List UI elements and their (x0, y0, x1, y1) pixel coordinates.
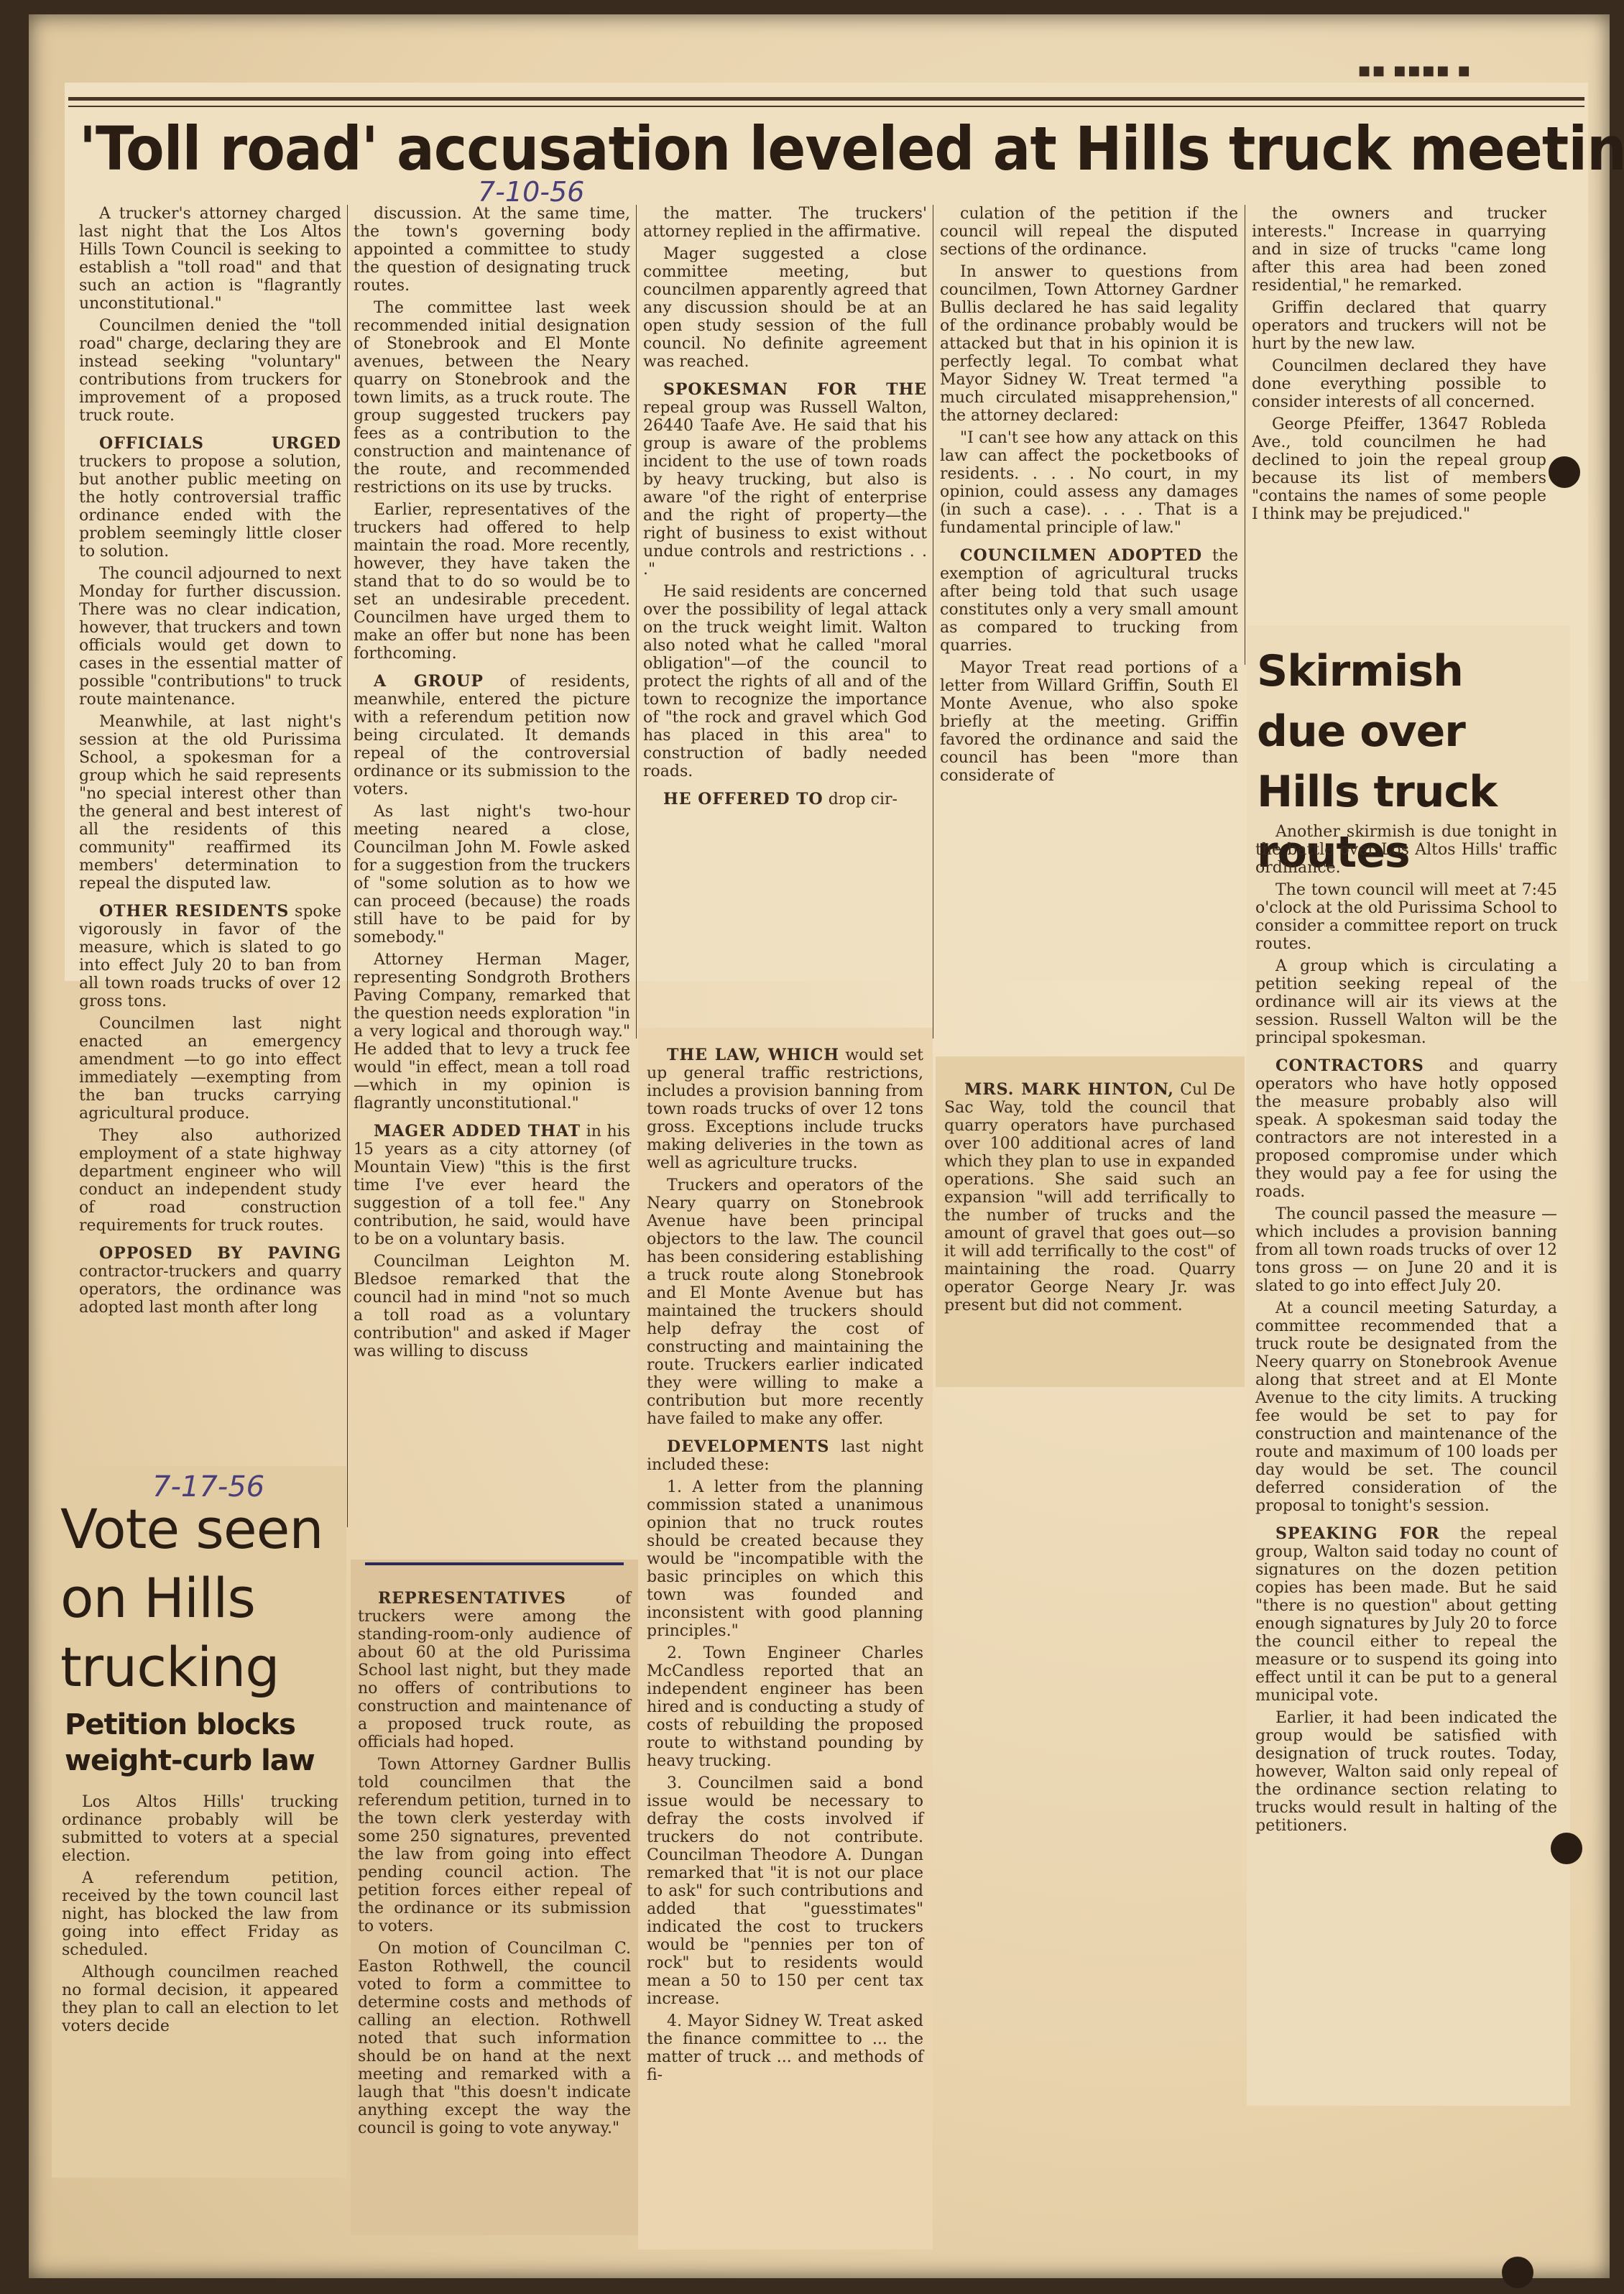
paragraph-text: Earlier, representatives of the truckers… (354, 501, 630, 663)
paragraph-text: "I can't see how any attack on this law … (940, 429, 1238, 537)
paragraph-lead-in: A GROUP (374, 672, 484, 691)
article-paragraph: Truckers and operators of the Neary quar… (647, 1176, 923, 1428)
ink-underline (365, 1562, 624, 1565)
column-divider (636, 205, 637, 1038)
paragraph-lead-in: COUNCILMEN ADOPTED (960, 546, 1202, 565)
article-paragraph: A referendum petition, received by the t… (62, 1869, 338, 1959)
paragraph-text: of truckers were among the standing-room… (358, 1590, 631, 1751)
article-paragraph: He said residents are concerned over the… (643, 583, 927, 780)
article-paragraph: The council passed the measure — which i… (1255, 1205, 1557, 1295)
law-column: THE LAW, WHICH would set up general traf… (647, 1036, 923, 2088)
paragraph-text: the matter. The truckers' attorney repli… (643, 205, 927, 241)
paragraph-lead-in: HE OFFERED TO (663, 790, 823, 809)
paragraph-text: As last night's two-hour meeting neared … (354, 803, 630, 946)
article-paragraph: THE LAW, WHICH would set up general traf… (647, 1046, 923, 1172)
paragraph-text: and quarry operators who have hotly oppo… (1255, 1057, 1557, 1201)
paragraph-text: contractor-truckers and quarry operators… (79, 1263, 341, 1317)
paragraph-text: Meanwhile, at last night's session at th… (79, 713, 341, 893)
vote-column-1: Los Altos Hills' trucking ordinance prob… (62, 1793, 338, 2040)
paragraph-text: At a council meeting Saturday, a committ… (1255, 1299, 1557, 1515)
paragraph-text: The council adjourned to next Monday for… (79, 565, 341, 709)
paragraph-lead-in: REPRESENTATIVES (378, 1589, 566, 1608)
article-paragraph: 2. Town Engineer Charles McCandless repo… (647, 1644, 923, 1770)
main-column-4: culation of the petition if the council … (940, 205, 1238, 789)
binder-hole (1502, 2257, 1533, 2288)
paragraph-text: Mager suggested a close committee meetin… (643, 245, 927, 371)
paragraph-text: Councilmen denied the "toll road" charge… (79, 317, 341, 425)
paragraph-text: Councilmen last night enacted an emergen… (79, 1015, 341, 1123)
article-paragraph: Another skirmish is due tonight in the b… (1255, 823, 1557, 877)
article-paragraph: discussion. At the same time, the town's… (354, 205, 630, 295)
article-paragraph: The town council will meet at 7:45 o'clo… (1255, 881, 1557, 953)
paragraph-text: culation of the petition if the council … (940, 205, 1238, 259)
paragraph-text: in his 15 years as a city attorney (of M… (354, 1123, 630, 1248)
paragraph-lead-in: SPOKESMAN FOR THE (663, 380, 927, 399)
article-paragraph: HE OFFERED TO drop cir- (643, 791, 927, 809)
binder-hole (1549, 456, 1580, 488)
main-column-2: discussion. At the same time, the town's… (354, 205, 630, 1365)
article-paragraph: The committee last week recommended init… (354, 299, 630, 497)
skirmish-clipping: Skirmish due over Hills truck routes Ano… (1247, 625, 1570, 2106)
article-paragraph: OPPOSED BY PAVING contractor-truckers an… (79, 1245, 341, 1317)
paragraph-text: of residents, meanwhile, entered the pic… (354, 673, 630, 798)
article-paragraph: Councilmen last night enacted an emergen… (79, 1015, 341, 1123)
paragraph-text: the repeal group, Walton said today no c… (1255, 1525, 1557, 1705)
paragraph-text: Councilman Leighton M. Bledsoe remarked … (354, 1253, 630, 1360)
article-paragraph: A trucker's attorney charged last night … (79, 205, 341, 313)
column-divider (933, 205, 933, 1038)
paragraph-text: would set up general traffic restriction… (647, 1046, 923, 1172)
article-paragraph: As last night's two-hour meeting neared … (354, 803, 630, 946)
paragraph-text: Cul De Sac Way, told the council that qu… (944, 1081, 1235, 1314)
article-paragraph: the matter. The truckers' attorney repli… (643, 205, 927, 241)
article-paragraph: Earlier, it had been indicated the group… (1255, 1709, 1557, 1835)
article-paragraph: The council adjourned to next Monday for… (79, 565, 341, 709)
article-paragraph: "I can't see how any attack on this law … (940, 429, 1238, 537)
article-paragraph: COUNCILMEN ADOPTED the exemption of agri… (940, 547, 1238, 655)
skirmish-column: Another skirmish is due tonight in the b… (1255, 823, 1557, 1839)
paragraph-text: A group which is circulating a petition … (1255, 957, 1557, 1047)
vote-headline: Vote seen on Hills trucking (60, 1495, 341, 1702)
article-paragraph: At a council meeting Saturday, a committ… (1255, 1299, 1557, 1515)
article-paragraph: Los Altos Hills' trucking ordinance prob… (62, 1793, 338, 1865)
paragraph-lead-in: OPPOSED BY PAVING (99, 1244, 341, 1263)
paragraph-text: The council passed the measure — which i… (1255, 1205, 1557, 1295)
paragraph-text: 2. Town Engineer Charles McCandless repo… (647, 1644, 923, 1770)
paragraph-text: discussion. At the same time, the town's… (354, 205, 630, 295)
article-paragraph: MRS. MARK HINTON, Cul De Sac Way, told t… (944, 1081, 1235, 1314)
paragraph-lead-in: SPEAKING FOR (1275, 1524, 1440, 1543)
paragraph-text: Although councilmen reached no formal de… (62, 1963, 338, 2035)
main-column-5: the owners and trucker interests." Incre… (1252, 205, 1546, 528)
main-headline: 'Toll road' accusation leveled at Hills … (79, 119, 1624, 179)
paragraph-lead-in: THE LAW, WHICH (667, 1046, 839, 1064)
paragraph-text: The town council will meet at 7:45 o'clo… (1255, 881, 1557, 953)
article-paragraph: 4. Mayor Sidney W. Treat asked the finan… (647, 2012, 923, 2084)
paragraph-text: In answer to questions from councilmen, … (940, 263, 1238, 425)
vote-column-2: REPRESENTATIVES of truckers were among t… (358, 1580, 631, 2142)
vote-clipping: 7-17-56 Vote seen on Hills trucking Peti… (52, 1466, 346, 2178)
paragraph-text: Councilmen declared they have done every… (1252, 357, 1546, 411)
paragraph-text: Attorney Herman Mager, representing Sond… (354, 951, 630, 1113)
paragraph-text: Griffin declared that quarry operators a… (1252, 299, 1546, 353)
article-paragraph: MAGER ADDED THAT in his 15 years as a ci… (354, 1123, 630, 1248)
paragraph-lead-in: OTHER RESIDENTS (99, 902, 289, 921)
article-paragraph: On motion of Councilman C. Easton Rothwe… (358, 1940, 631, 2137)
vote-continuation-clipping: REPRESENTATIVES of truckers were among t… (351, 1560, 638, 2235)
paragraph-text: truckers to propose a solution, but anot… (79, 453, 341, 561)
article-paragraph: Earlier, representatives of the truckers… (354, 501, 630, 663)
article-paragraph: the owners and trucker interests." Incre… (1252, 205, 1546, 295)
article-paragraph: DEVELOPMENTS last night included these: (647, 1438, 923, 1474)
article-paragraph: George Pfeiffer, 13647 Robleda Ave., tol… (1252, 415, 1546, 523)
article-paragraph: REPRESENTATIVES of truckers were among t… (358, 1590, 631, 1751)
binder-hole (1551, 1833, 1582, 1864)
paragraph-text: He said residents are concerned over the… (643, 583, 927, 780)
article-paragraph: SPOKESMAN FOR THE repeal group was Russe… (643, 381, 927, 579)
paragraph-text: drop cir- (823, 791, 898, 809)
hinton-column: MRS. MARK HINTON, Cul De Sac Way, told t… (944, 1071, 1235, 1319)
paragraph-text: Los Altos Hills' trucking ordinance prob… (62, 1793, 338, 1865)
paragraph-text: On motion of Councilman C. Easton Rothwe… (358, 1940, 631, 2137)
hinton-clipping: MRS. MARK HINTON, Cul De Sac Way, told t… (936, 1056, 1245, 1387)
article-paragraph: In answer to questions from councilmen, … (940, 263, 1238, 425)
article-paragraph: Councilman Leighton M. Bledsoe remarked … (354, 1253, 630, 1360)
article-paragraph: 3. Councilmen said a bond issue would be… (647, 1774, 923, 2008)
article-paragraph: A group which is circulating a petition … (1255, 957, 1557, 1047)
paragraph-text: Another skirmish is due tonight in the b… (1255, 823, 1557, 877)
article-paragraph: Mager suggested a close committee meetin… (643, 245, 927, 371)
paragraph-text: repeal group was Russell Walton, 26440 T… (643, 399, 927, 579)
main-column-3: the matter. The truckers' attorney repli… (643, 205, 927, 813)
article-paragraph: Although councilmen reached no formal de… (62, 1963, 338, 2035)
paragraph-text: They also authorized employment of a sta… (79, 1127, 341, 1235)
article-paragraph: 1. A letter from the planning commission… (647, 1478, 923, 1640)
article-paragraph: Griffin declared that quarry operators a… (1252, 299, 1546, 353)
paragraph-text: Truckers and operators of the Neary quar… (647, 1176, 923, 1428)
paragraph-text: Earlier, it had been indicated the group… (1255, 1709, 1557, 1835)
vote-subheadline: Petition blocks weight-curb law (65, 1707, 338, 1779)
paragraph-text: George Pfeiffer, 13647 Robleda Ave., tol… (1252, 415, 1546, 523)
paragraph-text: Town Attorney Gardner Bullis told counci… (358, 1756, 631, 1935)
paragraph-lead-in: OFFICIALS URGED (99, 434, 341, 453)
paragraph-text: 4. Mayor Sidney W. Treat asked the finan… (647, 2012, 923, 2084)
paragraph-lead-in: MRS. MARK HINTON, (964, 1080, 1174, 1099)
page-marker: ■■ ■■■■ ■ (1358, 63, 1472, 78)
scrapbook-page: ■■ ■■■■ ■ 'Toll road' accusation leveled… (29, 14, 1610, 2278)
paragraph-lead-in: CONTRACTORS (1275, 1056, 1424, 1075)
article-paragraph: A GROUP of residents, meanwhile, entered… (354, 673, 630, 798)
article-paragraph: Attorney Herman Mager, representing Sond… (354, 951, 630, 1113)
article-paragraph: Councilmen denied the "toll road" charge… (79, 317, 341, 425)
top-rule-thin (68, 106, 1584, 107)
article-paragraph: CONTRACTORS and quarry operators who hav… (1255, 1057, 1557, 1201)
article-paragraph: Councilmen declared they have done every… (1252, 357, 1546, 411)
paragraph-text: A referendum petition, received by the t… (62, 1869, 338, 1959)
paragraph-text: The committee last week recommended init… (354, 299, 630, 497)
article-paragraph: culation of the petition if the council … (940, 205, 1238, 259)
paragraph-text: Mayor Treat read portions of a letter fr… (940, 659, 1238, 785)
article-paragraph: Town Attorney Gardner Bullis told counci… (358, 1756, 631, 1935)
article-paragraph: SPEAKING FOR the repeal group, Walton sa… (1255, 1525, 1557, 1705)
main-column-1: A trucker's attorney charged last night … (79, 205, 341, 1321)
paragraphs: A trucker's attorney charged last night … (79, 205, 341, 1317)
paragraph-lead-in: DEVELOPMENTS (667, 1437, 829, 1456)
law-story-clipping: THE LAW, WHICH would set up general traf… (638, 1028, 933, 2249)
column-divider (1245, 205, 1245, 665)
article-paragraph: OTHER RESIDENTS spoke vigorously in favo… (79, 903, 341, 1010)
paragraph-text: 1. A letter from the planning commission… (647, 1478, 923, 1640)
article-paragraph: They also authorized employment of a sta… (79, 1127, 341, 1235)
article-paragraph: Mayor Treat read portions of a letter fr… (940, 659, 1238, 785)
paragraph-lead-in: MAGER ADDED THAT (374, 1122, 581, 1141)
column-divider (347, 205, 348, 1527)
paragraph-text: A trucker's attorney charged last night … (79, 205, 341, 313)
article-paragraph: Meanwhile, at last night's session at th… (79, 713, 341, 893)
article-paragraph: OFFICIALS URGED truckers to propose a so… (79, 435, 341, 561)
top-rule (68, 97, 1584, 101)
paragraph-text: 3. Councilmen said a bond issue would be… (647, 1774, 923, 2008)
paragraph-text: the owners and trucker interests." Incre… (1252, 205, 1546, 295)
handwritten-date-main: 7-10-56 (478, 176, 584, 208)
